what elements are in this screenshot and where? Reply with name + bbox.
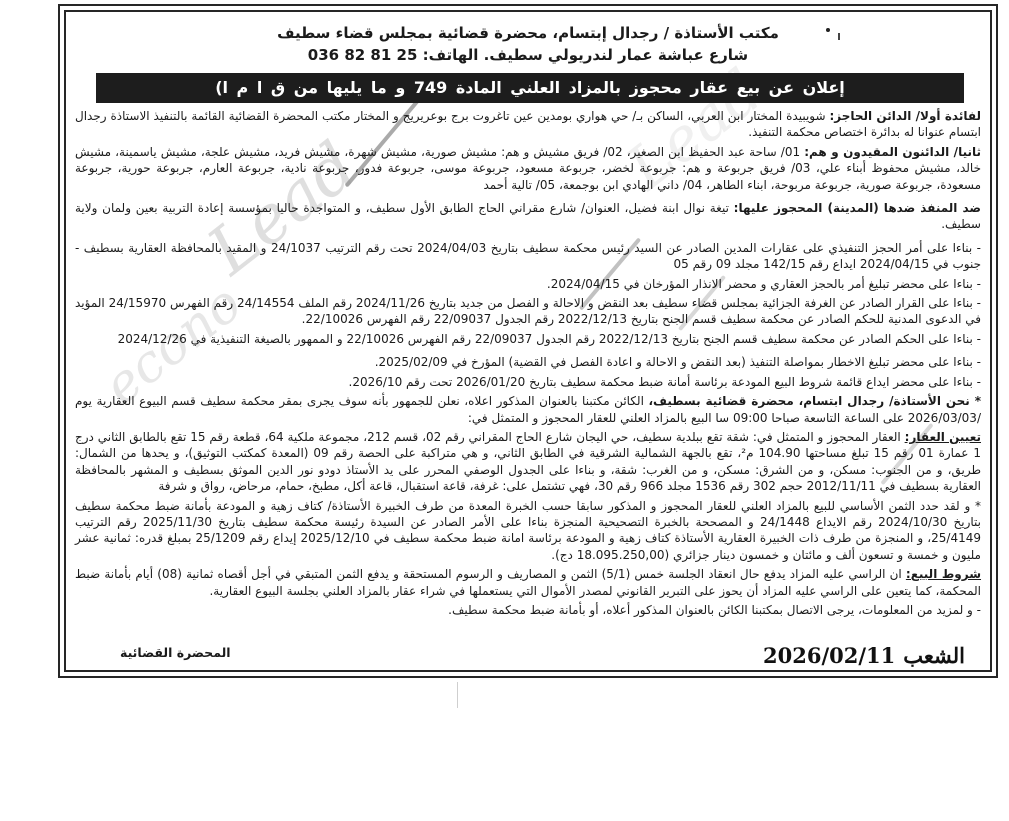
paragraph-text: ان الراسي عليه المزاد يدفع حال انعقاد ال… — [75, 567, 981, 597]
paragraph-text: - بناءا على محضر تبليغ أمر بالحجز العقار… — [547, 277, 981, 291]
office-address: شارع عباشة عمار لندريولي سطيف. الهاتف: — [423, 46, 749, 64]
address-phone-line: شارع عباشة عمار لندريولي سطيف. الهاتف: 0… — [66, 44, 990, 66]
paragraph-creditor: لفائدة أولا/ الدائن الحاجز: شويبيدة المخ… — [75, 108, 981, 141]
paragraph-lead: شروط البيع: — [906, 567, 981, 581]
paragraph-text: - بناءا على محضر ايداع قائمة شروط البيع … — [349, 375, 981, 389]
office-name-line: مكتب الأستاذة / رجدال إبتسام، محضرة قضائ… — [66, 22, 990, 44]
paragraph-sale-conditions-deposit: - بناءا على محضر ايداع قائمة شروط البيع … — [75, 374, 981, 390]
paragraph-text: - بناءا على الحكم الصادر عن محكمة سطيف ق… — [118, 332, 981, 346]
paragraph-registered-creditors: ثانيا/ الدائنون المقيدون و هم: 01/ ساحة … — [75, 144, 981, 193]
paragraph-lead: * نحن الأستاذة/ رجدال ابتسام، محضرة قضائ… — [648, 394, 981, 408]
paragraph-text: * و لقد حدد الثمن الأساسي للبيع بالمزاد … — [75, 499, 981, 562]
paragraph-debtor: ضد المنفذ ضدها (المدينة) المحجوز عليها: … — [75, 200, 981, 233]
announcement-body: لفائدة أولا/ الدائن الحاجز: شويبيدة المخ… — [66, 103, 990, 618]
paragraph-continuation-notice: - بناءا على محضر تبليغ الاخطار بمواصلة ا… — [75, 354, 981, 370]
phone-number: 036 82 81 25 — [308, 46, 418, 64]
office-name: مكتب الأستاذة / رجدال إبتسام، محضرة قضائ… — [277, 24, 779, 42]
paragraph-text: - بناءا على محضر تبليغ الاخطار بمواصلة ا… — [375, 355, 981, 369]
announcement-title-bar: إعلان عن بيع عقار محجوز بالمزاد العلني ا… — [96, 73, 964, 103]
announcement-title: إعلان عن بيع عقار محجوز بالمزاد العلني ا… — [215, 78, 845, 97]
paragraph-text: - بناءا على أمر الحجز التنفيذي على عقارا… — [75, 241, 981, 271]
newspaper-date-stamp: الشعب 2026/02/11 — [755, 642, 973, 669]
bailiff-signature: المحضرة القضائية — [120, 645, 231, 660]
newspaper-name: الشعب — [903, 643, 965, 668]
paragraph-property-description: تعيين العقار: العقار المحجوز و المتمثل ف… — [75, 429, 981, 495]
paragraph-text: - و لمزيد من المعلومات، يرجى الاتصال بمك… — [448, 603, 981, 617]
newspaper-legal-announcement: Lead econo Lead مكتب الأستاذة / رجدال إب… — [0, 0, 1009, 821]
paragraph-more-info: - و لمزيد من المعلومات، يرجى الاتصال بمك… — [75, 602, 981, 618]
ink-dot — [826, 28, 830, 32]
paragraph-text: العقار المحجوز و المتمثل في: شقة تقع ببل… — [75, 430, 981, 493]
publication-date: 2026/02/11 — [763, 643, 895, 668]
document-frame: مكتب الأستاذة / رجدال إبتسام، محضرة قضائ… — [58, 4, 998, 678]
ink-tick — [838, 33, 840, 40]
paper-crease — [457, 682, 458, 708]
document-frame-inner: مكتب الأستاذة / رجدال إبتسام، محضرة قضائ… — [64, 10, 992, 672]
paragraph-lead: ضد المنفذ ضدها (المدينة) المحجوز عليها: — [734, 201, 981, 215]
paragraph-seizure-order: - بناءا على أمر الحجز التنفيذي على عقارا… — [75, 240, 981, 273]
paragraph-base-price: * و لقد حدد الثمن الأساسي للبيع بالمزاد … — [75, 498, 981, 564]
paragraph-lead: لفائدة أولا/ الدائن الحاجز: — [829, 109, 981, 123]
paragraph-judgment: - بناءا على الحكم الصادر عن محكمة سطيف ق… — [75, 331, 981, 347]
document-header: مكتب الأستاذة / رجدال إبتسام، محضرة قضائ… — [66, 12, 990, 66]
paragraph-lead: تعيين العقار: — [905, 430, 981, 444]
paragraph-auction-announcement: * نحن الأستاذة/ رجدال ابتسام، محضرة قضائ… — [75, 393, 981, 426]
paragraph-sale-terms: شروط البيع: ان الراسي عليه المزاد يدفع ح… — [75, 566, 981, 599]
paragraph-notification: - بناءا على محضر تبليغ أمر بالحجز العقار… — [75, 276, 981, 292]
paragraph-criminal-ruling: - بناءا على القرار الصادر عن الغرفة الجز… — [75, 295, 981, 328]
paragraph-lead: ثانيا/ الدائنون المقيدون و هم: — [804, 145, 981, 159]
paragraph-text: - بناءا على القرار الصادر عن الغرفة الجز… — [75, 296, 981, 326]
